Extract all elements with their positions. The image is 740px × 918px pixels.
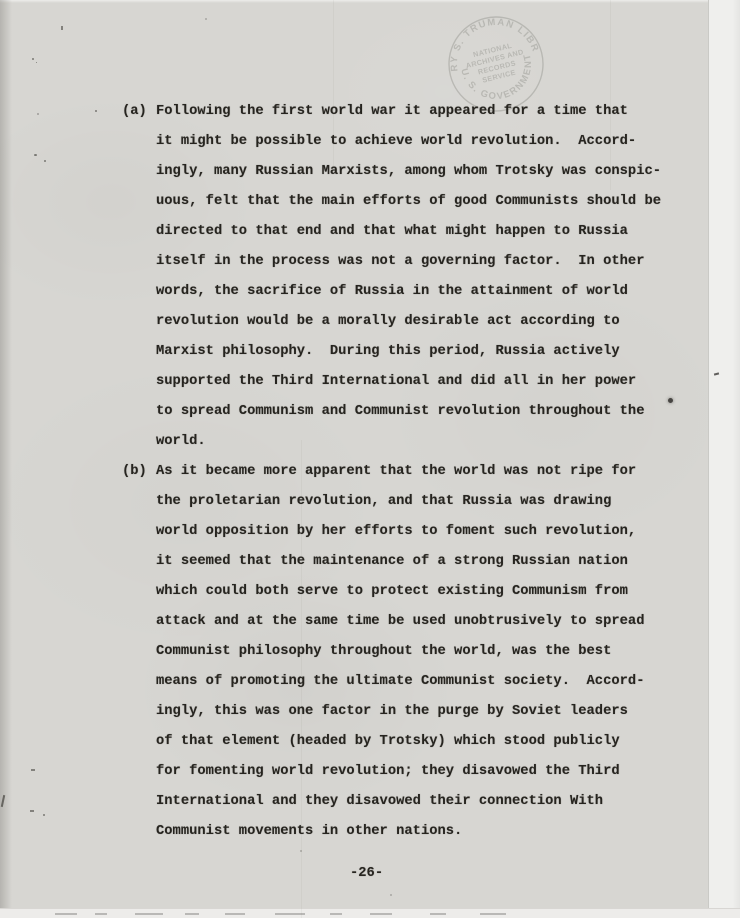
paper-speck (95, 110, 97, 112)
edge-mark (370, 913, 392, 915)
text-line: the proletarian revolution, and that Rus… (156, 487, 688, 517)
scan-edge-bottom (0, 908, 740, 918)
text-line: means of promoting the ultimate Communis… (156, 667, 688, 697)
edge-mark (430, 913, 446, 915)
text-line: Communist philosophy throughout the worl… (156, 637, 688, 667)
paper-speck (31, 769, 35, 771)
paragraph-b: (b) As it became more apparent that the … (122, 457, 688, 847)
text-line: world opposition by her efforts to fomen… (156, 517, 688, 547)
paper-speck (300, 850, 302, 852)
paragraph-marker: (b) (122, 457, 147, 487)
edge-mark (480, 913, 506, 915)
text-line: for fomenting world revolution; they dis… (156, 757, 688, 787)
text-line: words, the sacrifice of Russia in the at… (156, 277, 688, 307)
paragraph-lines: Following the first world war it appeare… (156, 97, 688, 457)
text-line: itself in the process was not a governin… (156, 247, 688, 277)
scan-edge-left (0, 0, 12, 918)
paper-speck (61, 26, 63, 30)
text-line: it seemed that the maintenance of a stro… (156, 547, 688, 577)
edge-mark (95, 913, 107, 915)
text-line: attack and at the same time be used unob… (156, 607, 688, 637)
paper-speck (30, 810, 34, 812)
text-line: As it became more apparent that the worl… (156, 457, 688, 487)
text-line: it might be possible to achieve world re… (156, 127, 688, 157)
edge-mark (225, 913, 245, 915)
paper-speck (32, 58, 34, 60)
paper-speck (34, 154, 37, 156)
edge-mark (330, 913, 342, 915)
paragraph-a: (a) Following the first world war it app… (122, 97, 688, 457)
text-line: world. (156, 427, 688, 457)
text-line: supported the Third International and di… (156, 367, 688, 397)
paper-speck (668, 398, 673, 403)
text-line: to spread Communism and Communist revolu… (156, 397, 688, 427)
edge-mark (55, 913, 77, 915)
paragraph-marker: (a) (122, 97, 147, 127)
text-line: ingly, many Russian Marxists, among whom… (156, 157, 688, 187)
text-line: Marxist philosophy. During this period, … (156, 337, 688, 367)
text-line: Communist movements in other nations. (156, 817, 688, 847)
text-line: of that element (headed by Trotsky) whic… (156, 727, 688, 757)
text-line: revolution would be a morally desirable … (156, 307, 688, 337)
document-body: (a) Following the first world war it app… (122, 97, 688, 847)
text-line: International and they disavowed their c… (156, 787, 688, 817)
edge-mark (135, 913, 163, 915)
paper-speck (43, 814, 45, 816)
text-line: Following the first world war it appeare… (156, 97, 688, 127)
page-right-edge (708, 0, 740, 918)
edge-mark (185, 913, 199, 915)
paper-speck (37, 113, 39, 115)
text-line: ingly, this was one factor in the purge … (156, 697, 688, 727)
paragraph-lines: As it became more apparent that the worl… (156, 457, 688, 847)
text-line: which could both serve to protect existi… (156, 577, 688, 607)
paper-speck (44, 160, 46, 162)
paper-speck (205, 18, 207, 20)
text-line: uous, felt that the main efforts of good… (156, 187, 688, 217)
document-page: HARRY S. TRUMAN LIBRARY U. S. GOVERNMENT… (0, 0, 740, 918)
paper-speck (390, 894, 392, 896)
paper-speck (36, 62, 37, 63)
scan-edge-top (0, 0, 740, 3)
text-line: directed to that end and that what might… (156, 217, 688, 247)
page-number: -26- (350, 859, 383, 889)
